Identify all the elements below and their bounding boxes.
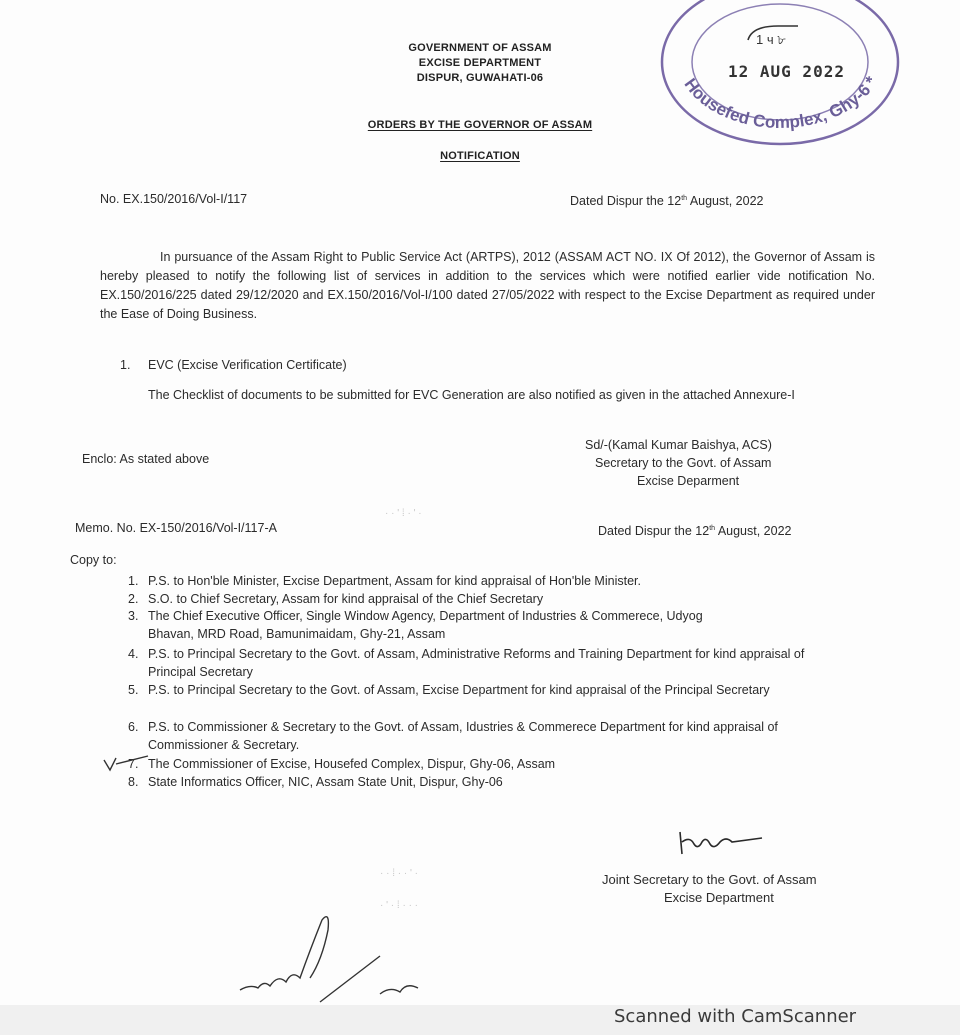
copy-to-label: Copy to: [70, 553, 117, 567]
item-text: P.S. to Commissioner & Secretary to the … [148, 719, 808, 754]
item-number: 5. [128, 682, 148, 700]
camscanner-watermark: Scanned with CamScanner [614, 1006, 856, 1027]
item-text: P.S. to Principal Secretary to the Govt.… [148, 646, 838, 681]
header-notification-title: NOTIFICATION [0, 150, 960, 162]
item-number: 3. [128, 608, 148, 626]
copy-list-item: 6.P.S. to Commissioner & Secretary to th… [128, 719, 808, 754]
handwritten-initials-icon [230, 910, 430, 1005]
notification-date: Dated Dispur the 12th August, 2022 [570, 194, 763, 208]
memo-date: Dated Dispur the 12th August, 2022 [598, 524, 791, 538]
copy-list-item: 2.S.O. to Chief Secretary, Assam for kin… [128, 591, 868, 609]
service-name: EVC (Excise Verification Certificate) [148, 358, 347, 372]
copy-list-item: 8.State Informatics Officer, NIC, Assam … [128, 774, 868, 792]
item-number: 1. [128, 573, 148, 591]
stamp-date: 12 AUG 2022 [728, 62, 845, 81]
item-text: State Informatics Officer, NIC, Assam St… [148, 774, 868, 792]
signatory2-department: Excise Department [664, 890, 774, 905]
svg-text:1 ч ৮: 1 ч ৮ [756, 32, 786, 47]
copy-list-item: 1.P.S. to Hon'ble Minister, Excise Depar… [128, 573, 868, 591]
signature-icon [676, 828, 766, 858]
item-text: P.S. to Principal Secretary to the Govt.… [148, 682, 898, 700]
checklist-text: The Checklist of documents to be submitt… [148, 386, 878, 404]
item-number: 4. [128, 646, 148, 664]
signatory1-designation: Secretary to the Govt. of Assam [595, 456, 771, 470]
item-number: 8. [128, 774, 148, 792]
copy-list-item: 4.P.S. to Principal Secretary to the Gov… [128, 646, 838, 681]
copy-list-item: 3.The Chief Executive Officer, Single Wi… [128, 608, 748, 643]
notification-number: No. EX.150/2016/Vol-I/117 [100, 192, 247, 206]
signatory2-designation: Joint Secretary to the Govt. of Assam [602, 872, 817, 887]
item-text: P.S. to Hon'ble Minister, Excise Departm… [148, 573, 868, 591]
copy-list-item: 5.P.S. to Principal Secretary to the Gov… [128, 682, 898, 700]
copy-list-item: 7.The Commissioner of Excise, Housefed C… [128, 756, 868, 774]
signatory1-department: Excise Deparment [637, 474, 739, 488]
item-number: 2. [128, 591, 148, 609]
service-number: 1. [120, 358, 130, 372]
received-stamp: Housefed Complex, Ghy-6 * 1 ч ৮ 12 AUG 2… [648, 0, 910, 150]
item-number: 6. [128, 719, 148, 737]
item-text: The Chief Executive Officer, Single Wind… [148, 608, 748, 643]
memo-number: Memo. No. EX-150/2016/Vol-I/117-A [75, 521, 277, 535]
enclosure-note: Enclo: As stated above [82, 452, 209, 466]
memo-date-prefix: Dated Dispur the 12 [598, 524, 709, 538]
date-suffix: August, 2022 [687, 194, 763, 208]
checkmark-icon [102, 754, 152, 774]
notification-paragraph: In pursuance of the Assam Right to Publi… [100, 248, 875, 324]
svg-text:Housefed Complex, Ghy-6 *: Housefed Complex, Ghy-6 * [681, 73, 882, 132]
date-prefix: Dated Dispur the 12 [570, 194, 681, 208]
scanned-document-page: GOVERNMENT OF ASSAM EXCISE DEPARTMENT DI… [0, 0, 960, 1005]
item-text: S.O. to Chief Secretary, Assam for kind … [148, 591, 868, 609]
item-text: The Commissioner of Excise, Housefed Com… [148, 756, 868, 774]
memo-date-suffix: August, 2022 [715, 524, 791, 538]
signatory1-name: Sd/-(Kamal Kumar Baishya, ACS) [585, 438, 772, 452]
